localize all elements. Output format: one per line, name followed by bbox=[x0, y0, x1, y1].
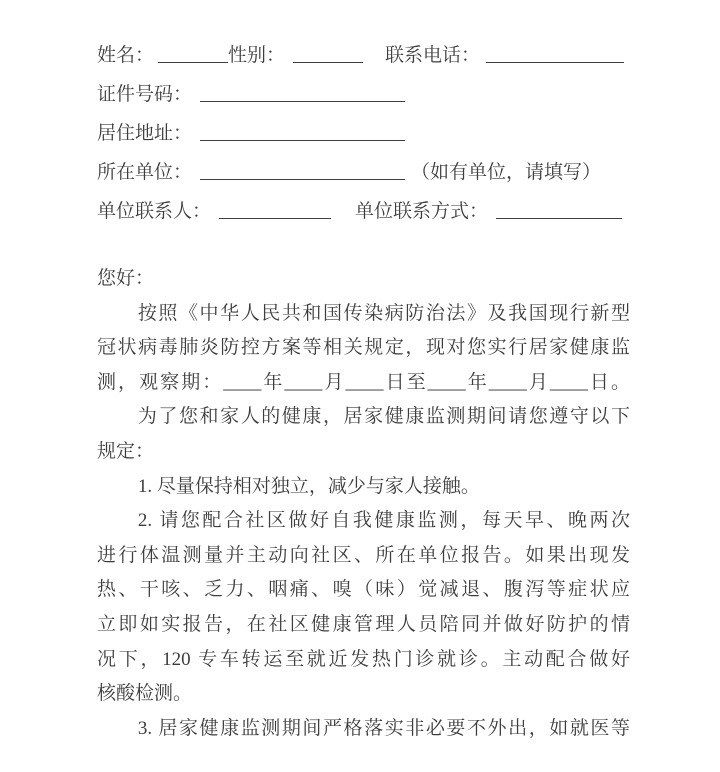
letter-line: 热、干咳、乏力、咽痛、嗅（味）觉减退、腹泻等症状应 bbox=[97, 573, 630, 608]
name-label: 姓名： bbox=[97, 45, 154, 67]
employer-contact-method-blank-field bbox=[496, 202, 622, 219]
letter-line: 按照《中华人民共和国传染病防治法》及我国现行新型 bbox=[97, 297, 630, 332]
form-row-employer: 所在单位：（如有单位，请填写） bbox=[97, 161, 630, 183]
letter-line: 核酸检测。 bbox=[97, 677, 630, 712]
letter-rule-2: 2. 请您配合社区做好自我健康监测，每天早、晚两次 bbox=[97, 504, 630, 539]
phone-label: 联系电话： bbox=[385, 45, 480, 67]
letter-line: 立即如实报告，在社区健康管理人员陪同并做好防护的情 bbox=[97, 608, 630, 643]
employer-note: （如有单位，请填写） bbox=[411, 162, 601, 184]
employer-contact-method-label: 单位联系方式： bbox=[355, 201, 488, 223]
form-row-id-number: 证件号码： bbox=[97, 83, 630, 105]
address-label: 居住地址： bbox=[97, 123, 192, 145]
form-row-address: 居住地址： bbox=[97, 122, 630, 144]
letter-line-observation-period: 测，观察期：____年____月____日至____年____月____日。 bbox=[97, 366, 630, 401]
form-row-employer-contact: 单位联系人：单位联系方式： bbox=[97, 200, 630, 222]
employer-contact-label: 单位联系人： bbox=[97, 201, 211, 223]
letter-salutation: 您好： bbox=[97, 262, 630, 297]
home-health-monitoring-notice: 姓名：性别：联系电话： 证件号码： 居住地址： 所在单位：（如有单位，请填写） … bbox=[0, 0, 720, 772]
letter-line: 进行体温测量并主动向社区、所在单位报告。如果出现发 bbox=[97, 539, 630, 574]
letter-line: 冠状病毒肺炎防控方案等相关规定，现对您实行居家健康监 bbox=[97, 331, 630, 366]
id-number-label: 证件号码： bbox=[97, 84, 192, 106]
notice-letter-body: 您好： 按照《中华人民共和国传染病防治法》及我国现行新型 冠状病毒肺炎防控方案等… bbox=[97, 262, 630, 746]
form-row-name-gender-phone: 姓名：性别：联系电话： bbox=[97, 44, 630, 66]
employer-contact-blank-field bbox=[219, 202, 331, 219]
gender-label: 性别： bbox=[228, 45, 285, 67]
letter-rule-1: 1. 尽量保持相对独立，减少与家人接触。 bbox=[97, 470, 630, 505]
employer-label: 所在单位： bbox=[97, 162, 192, 184]
personal-info-form: 姓名：性别：联系电话： 证件号码： 居住地址： 所在单位：（如有单位，请填写） … bbox=[97, 44, 630, 222]
id-number-blank-field bbox=[200, 85, 405, 102]
address-blank-field bbox=[200, 124, 405, 141]
letter-line: 为了您和家人的健康，居家健康监测期间请您遵守以下 bbox=[97, 400, 630, 435]
gender-blank-field bbox=[293, 46, 363, 63]
letter-rule-3: 3. 居家健康监测期间严格落实非必要不外出，如就医等 bbox=[97, 712, 630, 747]
letter-line: 规定： bbox=[97, 435, 630, 470]
letter-line: 况下，120 专车转运至就近发热门诊就诊。主动配合做好 bbox=[97, 643, 630, 678]
employer-blank-field bbox=[200, 163, 405, 180]
phone-blank-field bbox=[486, 46, 624, 63]
name-blank-field bbox=[158, 46, 228, 63]
